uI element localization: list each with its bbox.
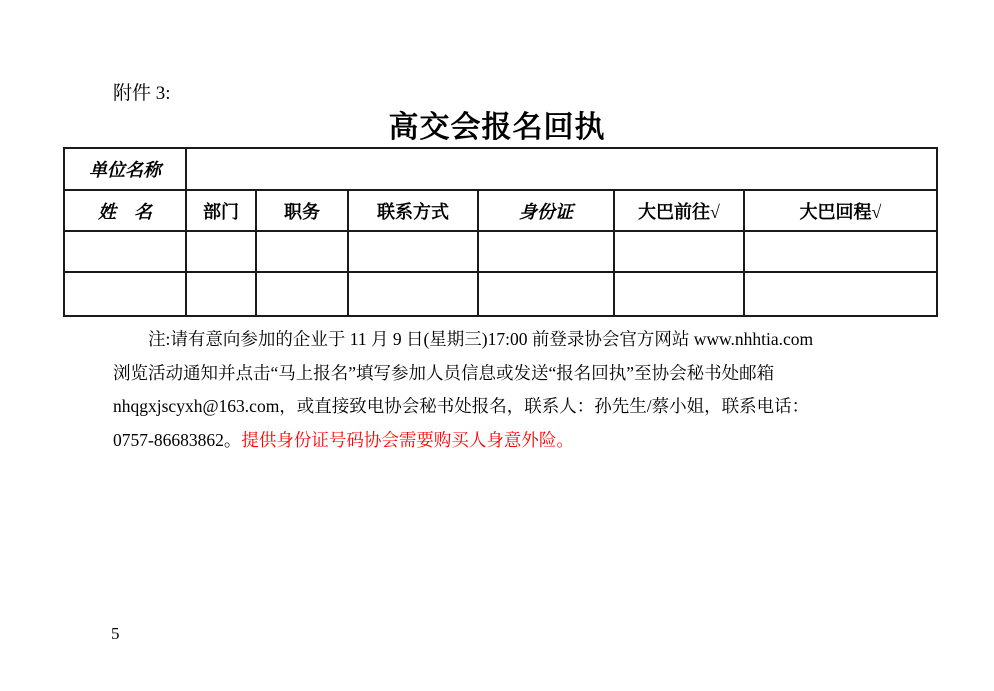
table-cell	[348, 231, 478, 272]
note-paragraph: 注:请有意向参加的企业于 11 月 9 日(星期三)17:00 前登录协会官方网…	[113, 323, 913, 457]
note-line-4: 0757-86683862。提供身份证号码协会需要购买人身意外险。	[113, 424, 913, 458]
table-row	[64, 231, 937, 272]
column-header-bus-outbound: 大巴前往√	[614, 190, 744, 231]
attachment-label: 附件 3:	[113, 78, 171, 105]
table-cell	[478, 272, 614, 316]
table-cell	[256, 272, 348, 316]
table-cell	[614, 272, 744, 316]
column-header-name: 姓 名	[64, 190, 186, 231]
registration-table: 单位名称 姓 名 部门 职务 联系方式 身份证 大巴前往√ 大巴回程√	[63, 147, 938, 317]
table-header-row: 姓 名 部门 职务 联系方式 身份证 大巴前往√ 大巴回程√	[64, 190, 937, 231]
table-cell	[614, 231, 744, 272]
table-cell	[64, 231, 186, 272]
document-page: 附件 3: 高交会报名回执 单位名称 姓 名 部门 职务 联系方式 身份证 大巴…	[0, 0, 994, 691]
table-cell	[186, 272, 256, 316]
note-line-4-phone: 0757-86683862。	[113, 430, 241, 450]
unit-name-value-cell	[186, 148, 937, 190]
table-cell	[348, 272, 478, 316]
table-cell	[64, 272, 186, 316]
column-header-id-card: 身份证	[478, 190, 614, 231]
table-cell	[744, 231, 937, 272]
table-cell	[256, 231, 348, 272]
page-title: 高交会报名回执	[0, 102, 994, 146]
unit-name-label: 单位名称	[64, 148, 186, 190]
note-line-4-warning: 提供身份证号码协会需要购买人身意外险。	[241, 430, 574, 450]
table-row	[64, 272, 937, 316]
column-header-bus-return: 大巴回程√	[744, 190, 937, 231]
table-cell	[478, 231, 614, 272]
column-header-contact: 联系方式	[348, 190, 478, 231]
table-cell	[744, 272, 937, 316]
note-line-2: 浏览活动通知并点击“马上报名”填写参加人员信息或发送“报名回执”至协会秘书处邮箱	[113, 357, 913, 391]
column-header-department: 部门	[186, 190, 256, 231]
column-header-position: 职务	[256, 190, 348, 231]
table-row-unit-name: 单位名称	[64, 148, 937, 190]
page-number: 5	[111, 624, 120, 644]
note-line-3: nhqgxjscyxh@163.com，或直接致电协会秘书处报名，联系人：孙先生…	[113, 390, 913, 424]
table-cell	[186, 231, 256, 272]
note-line-1: 注:请有意向参加的企业于 11 月 9 日(星期三)17:00 前登录协会官方网…	[113, 323, 913, 357]
